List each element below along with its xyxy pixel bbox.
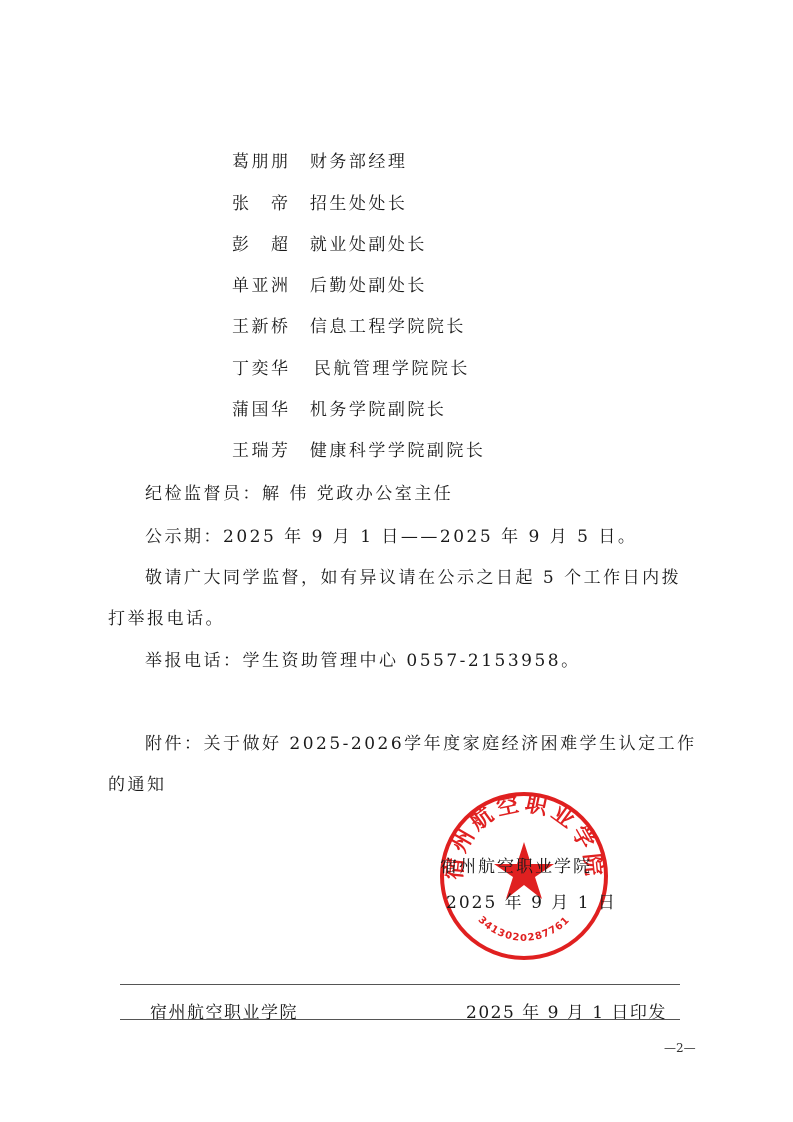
member-name: 王新桥 <box>232 316 302 338</box>
attachment-line2: 的通知 <box>108 774 167 796</box>
member-role: 健康科学学院副院长 <box>310 440 486 462</box>
member-name: 彭超 <box>232 234 302 256</box>
svg-text:3413020287761: 3413020287761 <box>476 915 573 944</box>
attachment-line1: 附件：关于做好 2025-2026学年度家庭经济困难学生认定工作 <box>145 733 697 755</box>
committee-member: 张帝 招生处处长 <box>232 193 407 215</box>
signature-org: 宿州航空职业学院 <box>440 856 617 878</box>
member-role: 财务部经理 <box>310 151 408 173</box>
member-name: 王瑞芳 <box>232 440 302 462</box>
member-role: 就业处副处长 <box>310 234 427 256</box>
publicity-period: 公示期：2025 年 9 月 1 日——2025 年 9 月 5 日。 <box>145 526 637 548</box>
signature-date: 2025 年 9 月 1 日 <box>440 892 617 914</box>
member-role: 信息工程学院院长 <box>310 316 466 338</box>
member-name: 蒲国华 <box>232 399 302 421</box>
member-name: 张帝 <box>232 193 302 215</box>
committee-member: 葛朋朋 财务部经理 <box>232 151 407 173</box>
signature-block: 宿州航空职业学院 2025 年 9 月 1 日 <box>440 856 617 914</box>
committee-member: 王新桥 信息工程学院院长 <box>232 316 466 338</box>
member-role: 招生处处长 <box>310 193 408 215</box>
committee-member: 蒲国华 机务学院副院长 <box>232 399 446 421</box>
member-role: 机务学院副院长 <box>310 399 447 421</box>
supervisor-line: 纪检监督员：解 伟 党政办公室主任 <box>145 483 453 505</box>
member-role: 后勤处副处长 <box>310 275 427 297</box>
member-name: 丁奕华 <box>232 358 302 380</box>
footer-top-rule <box>120 984 680 985</box>
member-name: 葛朋朋 <box>232 151 302 173</box>
hotline: 举报电话：学生资助管理中心 0557-2153958。 <box>145 650 581 672</box>
footer-bottom-rule <box>120 1019 680 1020</box>
committee-member: 丁奕华 民航管理学院院长 <box>232 358 470 380</box>
page-number: —2— <box>664 1041 696 1055</box>
committee-member: 单亚洲 后勤处副处长 <box>232 275 427 297</box>
notice-paragraph-line1: 敬请广大同学监督，如有异议请在公示之日起 5 个工作日内拨 <box>145 567 681 589</box>
member-name: 单亚洲 <box>232 275 302 297</box>
committee-member: 王瑞芳 健康科学学院副院长 <box>232 440 485 462</box>
member-role: 民航管理学院院长 <box>314 358 470 380</box>
committee-member: 彭超 就业处副处长 <box>232 234 427 256</box>
notice-paragraph-line2: 打举报电话。 <box>108 608 225 630</box>
